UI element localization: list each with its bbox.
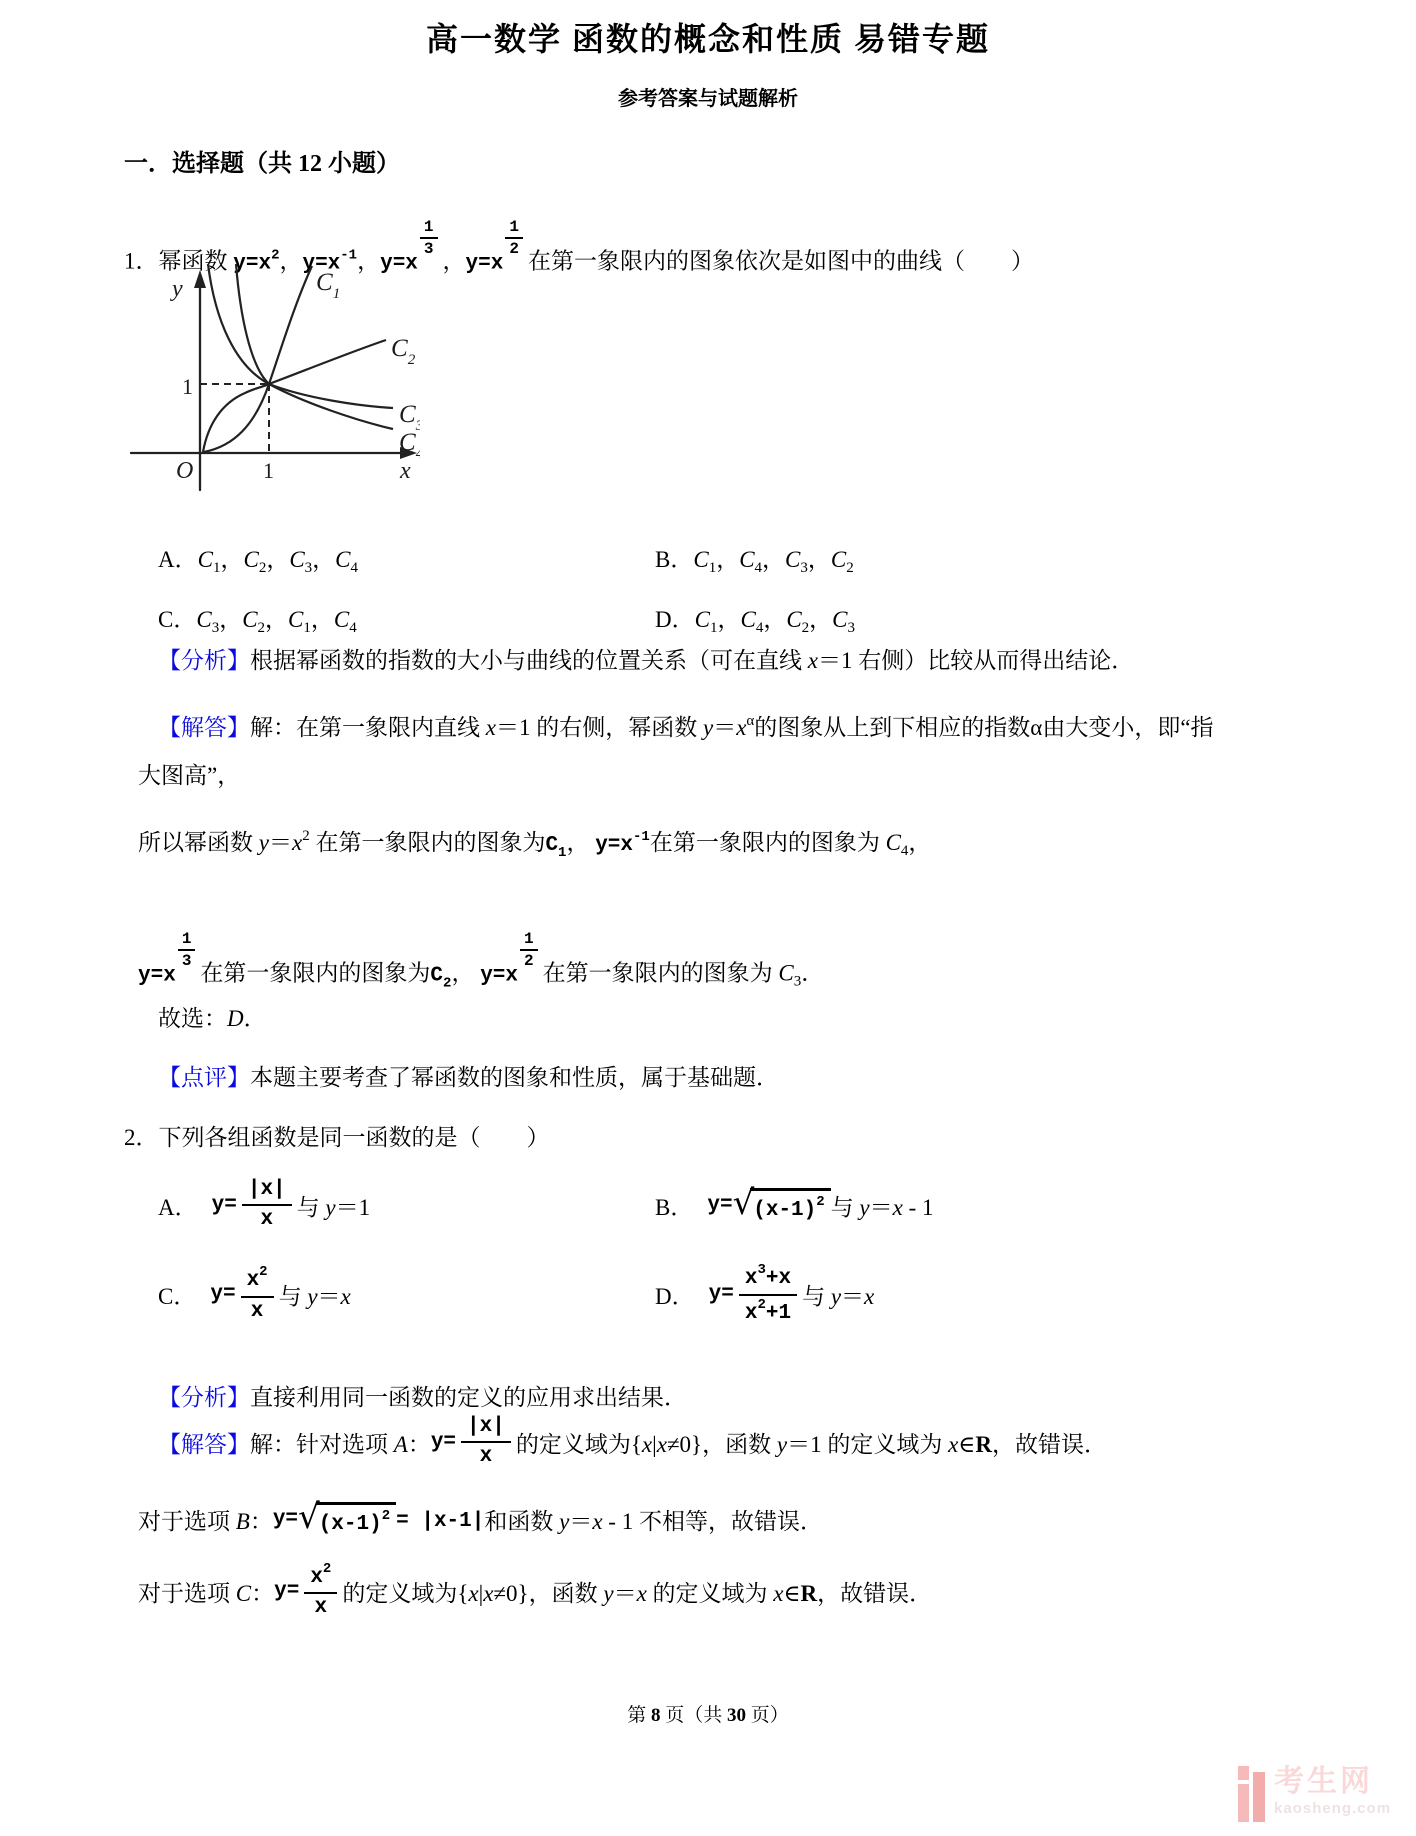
q2-option-a-post: 与 y＝1 [297,1189,370,1222]
q1-answer-line-1: 【解答】解：在第一象限内直线 x＝1 的右侧，幂函数 y＝xα的图象从上到下相应… [158,705,1214,744]
q2-answer-b-prefix: y= [273,1508,298,1531]
curve-label-c2: C2 [391,335,416,368]
q2-answer-b-post: 和函数 y＝x - 1 不相等，故错误． [484,1503,823,1536]
q2-option-d: D． y= x3+xx2+1 与 y＝x [655,1252,874,1337]
q1-analysis-line: 【分析】根据幂函数的指数的大小与曲线的位置关系（可在直线 x＝1 右侧）比较从而… [158,645,1134,677]
q2-answer-line-c: 对于选项 C： y= x2x 的定义域为{x|x≠0}，函数 y＝x 的定义域为… [138,1550,932,1632]
q1-option-b: B．C1，C4，C3，C2 [655,544,854,584]
q1-option-a: A．C1，C2，C3，C4 [158,544,358,584]
watermark-site-domain: kaosheng.com [1274,1800,1391,1817]
q2-option-a-fraction: |x|x [242,1177,292,1234]
q2-option-b-sqrt: √(x-1)2 [733,1188,831,1222]
x-unit-tick-label: 1 [263,458,274,483]
q1-comment-line: 【点评】本题主要考查了幂函数的图象和性质，属于基础题． [158,1062,779,1094]
figure-curves [203,264,393,452]
q2-answer-c-prefix: y= [274,1580,299,1603]
q1-option-c: C．C3，C2，C1，C4 [158,604,357,644]
q2-option-c-prefix: y= [210,1283,235,1306]
q2-answer-b-sqrt: √(x-1)2 [298,1502,396,1536]
q1-answer-line-3: 所以幂函数 y＝x2 在第一象限内的图象为C1， y=x-1在第一象限内的图象为… [138,820,931,869]
q2-answer-b-eq: = |x-1| [396,1506,484,1533]
q2-answer-line-b: 对于选项 B： y= √(x-1)2 = |x-1| 和函数 y＝x - 1 不… [138,1488,823,1550]
q2-answer-a-prefix: y= [431,1431,456,1454]
q1-answer-text-1: 解：在第一象限内直线 x＝1 的右侧，幂函数 y＝xα的图象从上到下相应的指数α… [250,715,1214,740]
q2-option-c-post: 与 y＝x [279,1278,351,1311]
question-1-figure: y x O 1 1 C1 C2 C3 C4 [128,228,420,506]
radical-icon: √ [298,1500,320,1534]
origin-label: O [176,458,193,484]
page-subtitle: 参考答案与试题解析 [0,82,1416,111]
q2-option-c: C． y= x2x 与 y＝x [158,1252,351,1337]
curve-label-c1: C1 [316,269,340,302]
q2-option-b: B． y= √(x-1)2 与 y＝x - 1 [655,1165,934,1245]
q2-answer-line-a: 【解答】 解：针对选项 A： y= |x|x 的定义域为{x|x≠0}，函数 y… [158,1400,1107,1484]
q2-option-d-post: 与 y＝x [802,1278,874,1311]
q1-option-d: D．C1，C4，C2，C3 [655,604,855,644]
q2-option-b-letter: B． [655,1189,693,1222]
y-unit-tick-label: 1 [182,374,193,399]
q2-answer-a-fraction: |x|x [461,1414,511,1471]
x-axis-label: x [399,458,411,484]
q1-analysis-text: 根据幂函数的指数的大小与曲线的位置关系（可在直线 x＝1 右侧）比较从而得出结论… [250,648,1134,673]
q2-option-b-prefix: y= [707,1194,732,1217]
q2-answer-a-pre: 解：针对选项 A： [250,1426,431,1459]
q2-option-d-fraction: x3+xx2+1 [739,1262,797,1327]
q2-option-c-fraction: x2x [241,1264,274,1325]
q2-option-a-letter: A． [158,1189,198,1222]
q2-answer-c-pre: 对于选项 C： [138,1575,274,1608]
answer-label: 【解答】 [158,715,250,740]
y-axis-label: y [170,276,183,302]
curve-c1 [204,266,312,452]
answer-label: 【解答】 [158,1426,250,1459]
q2-answer-c-post: 的定义域为{x|x≠0}，函数 y＝x 的定义域为 x∈R，故错误． [342,1575,932,1608]
q1-conclusion: 故选：D． [158,1003,267,1035]
page-number-footer: 第 8 页（共 30 页） [0,1700,1416,1727]
question-2-stem: 2．下列各组函数是同一函数的是（ ） [124,1122,550,1154]
axis-arrow-icons [194,270,417,459]
y-axis-arrow-icon [194,270,206,288]
q2-option-a: A． y= |x|x 与 y＝1 [158,1165,370,1245]
q2-answer-a-post: 的定义域为{x|x≠0}，函数 y＝1 的定义域为 x∈R，故错误． [516,1426,1107,1459]
q1-answer-line-2: 大图高”， [138,760,240,792]
section-heading: 一．选择题（共 12 小题） [124,143,400,178]
q2-option-b-post: 与 y＝x - 1 [831,1189,934,1222]
kaosheng-logo-icon [1238,1766,1266,1822]
q1-comment-text: 本题主要考查了幂函数的图象和性质，属于基础题． [250,1065,779,1090]
q1-answer-line-4: y=x13在第一象限内的图象为C2， y=x12在第一象限内的图象为 C3． [138,930,824,999]
watermark: 考生网 kaosheng.com [1238,1766,1391,1822]
q2-option-d-prefix: y= [709,1283,734,1306]
guide-dashes [200,384,269,453]
page-title: 高一数学 函数的概念和性质 易错专题 [0,14,1416,60]
q2-answer-b-pre: 对于选项 B： [138,1503,273,1536]
document-page: 高一数学 函数的概念和性质 易错专题 参考答案与试题解析 一．选择题（共 12 … [0,0,1416,1836]
q2-answer-c-fraction: x2x [304,1561,337,1622]
comment-label: 【点评】 [158,1065,250,1090]
q2-option-c-letter: C． [158,1278,196,1311]
q2-option-a-prefix: y= [212,1194,237,1217]
q2-option-d-letter: D． [655,1278,695,1311]
analysis-label: 【分析】 [158,648,250,673]
watermark-site-name: 考生网 [1274,1766,1391,1798]
radical-icon: √ [733,1186,755,1220]
watermark-text: 考生网 kaosheng.com [1274,1766,1391,1817]
